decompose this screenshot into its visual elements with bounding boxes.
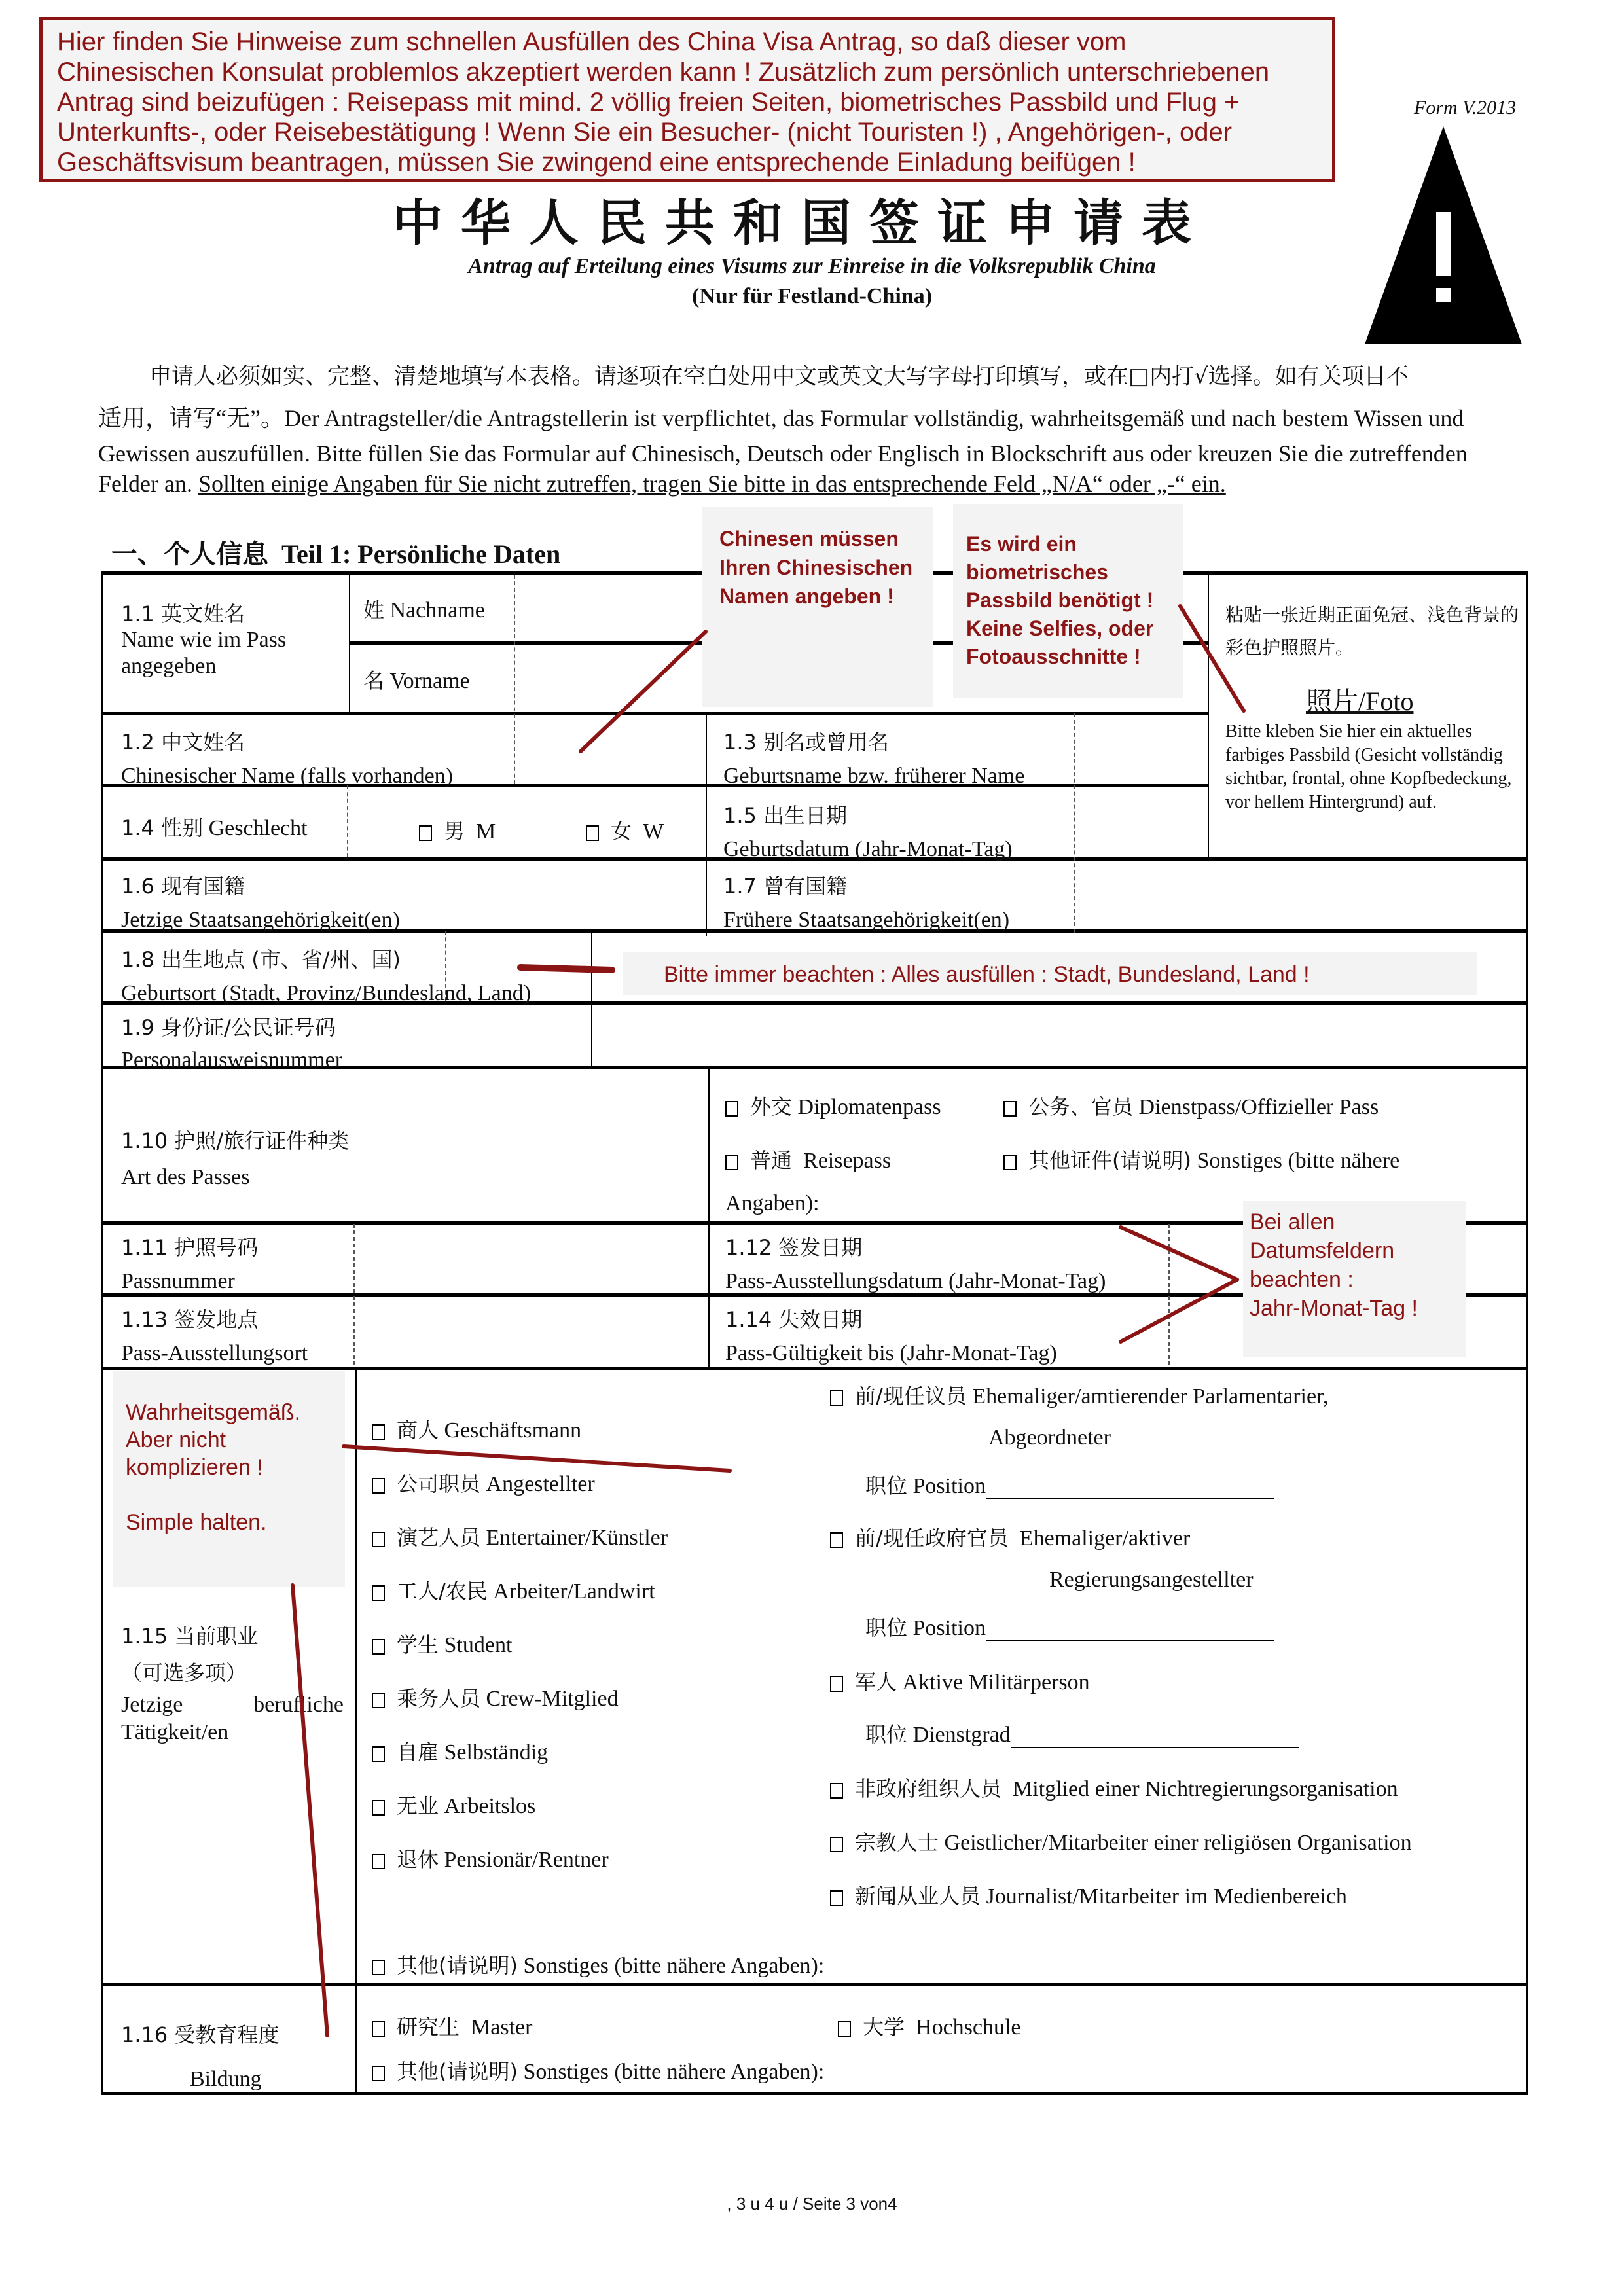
field-1-6-cn: 1.6 现有国籍 (121, 869, 400, 903)
position-line[interactable] (986, 1622, 1274, 1641)
intro-line-3: Felder an. Sollten einige Angaben für Si… (98, 466, 1226, 501)
option-de: Geschäftsmann (439, 1418, 581, 1443)
option-de: Selbständig (439, 1740, 548, 1765)
gender-male-option[interactable]: 男 M (419, 815, 496, 845)
field-1-15-label: 1.15 当前职业 （可选多项） Jetzige berufliche Täti… (121, 1618, 344, 1746)
occupation-option[interactable]: 公司职员 Angestellter (372, 1467, 595, 1498)
note-spacer (126, 1481, 332, 1509)
field-1-15-cn: 1.15 当前职业 (121, 1618, 344, 1655)
option-de: Dienstpass/Offizieller Pass (1139, 1095, 1379, 1119)
occupation-option[interactable]: 演艺人员 Entertainer/Künstler (372, 1521, 668, 1551)
note-line: biometrisches (966, 558, 1170, 586)
field-1-14-de: Pass-Gültigkeit bis (Jahr-Monat-Tag) (725, 1336, 1057, 1371)
field-1-4-de: Geschlecht (209, 816, 308, 840)
note-line: beachten : (1250, 1265, 1459, 1294)
field-1-9-label: 1.9 身份证/公民证号码 Personalausweisnummer (121, 1011, 342, 1077)
gender-female-option[interactable]: 女 W (586, 815, 664, 845)
occupation-option[interactable]: 退休 Pensionär/Rentner (372, 1843, 609, 1873)
field-1-13-de: Pass-Ausstellungsort (121, 1336, 308, 1371)
field-1-12-de: Pass-Ausstellungsdatum (Jahr-Monat-Tag) (725, 1265, 1106, 1299)
field-1-4-label: 1.4 性别 Geschlecht (121, 815, 308, 842)
checkbox-icon[interactable] (372, 1585, 385, 1601)
occupation-option-military[interactable]: 军人 Aktive Militärperson (830, 1666, 1090, 1696)
occupation-option[interactable]: 学生 Student (372, 1628, 512, 1659)
page-scope: (Nur für Festland-China) (0, 284, 1624, 309)
note-line: Chinesen müssen (719, 524, 916, 553)
checkbox-icon[interactable] (830, 1783, 843, 1799)
section-heading: 一、个人信息 Teil 1: Persönliche Daten (111, 533, 560, 571)
former-nationality-field[interactable] (1077, 861, 1525, 927)
occupation-option[interactable]: 自雇 Selbständig (372, 1736, 548, 1766)
checkbox-icon[interactable] (372, 2021, 385, 2037)
field-1-10-de: Art des Passes (121, 1159, 349, 1196)
option-cn: 其他(请说明) (397, 2059, 518, 2084)
option-cn: 自雇 (397, 1740, 439, 1765)
note-line: Ihren Chinesischen (719, 553, 916, 582)
note-line: Fotoausschnitte ! (966, 643, 1170, 671)
field-1-10-cn: 1.10 护照/旅行证件种类 (121, 1122, 349, 1159)
given-name-label: 名 Vorname (363, 668, 470, 694)
field-1-11-label: 1.11 护照号码 Passnummer (121, 1230, 258, 1299)
intro-cn: 申请人必须如实、完整、清楚地填写本表格。请逐项在空白处用中文或英文大写字母打印填… (149, 359, 1409, 394)
checkbox-icon[interactable] (838, 2021, 851, 2037)
field-1-8-de: Geburtsort (Stadt, Provinz/Bundesland, L… (121, 977, 531, 1011)
field-1-3-cn: 1.3 别名或曾用名 (723, 725, 1024, 759)
position-field[interactable]: 职位 Position (865, 1469, 1274, 1499)
option-de: Arbeiter/Landwirt (488, 1579, 655, 1604)
position-line[interactable] (986, 1480, 1274, 1499)
field-1-5-cn: 1.5 出生日期 (723, 798, 1013, 833)
option-de: Angestellter (480, 1472, 595, 1496)
checkbox-icon[interactable] (830, 1390, 843, 1406)
option-cn: 演艺人员 (397, 1525, 480, 1550)
checkbox-icon[interactable] (725, 1101, 738, 1117)
option-de: Reisepass (803, 1149, 891, 1173)
note-line: Bei allen (1250, 1208, 1459, 1236)
intro-line-3-underlined: Sollten einige Angaben für Sie nicht zut… (198, 471, 1226, 497)
field-1-3-de: Geburtsname bzw. früherer Name (723, 759, 1024, 793)
top-hint-line: Geschäftsvisum beantragen, müssen Sie zw… (57, 147, 1318, 177)
field-1-13-label: 1.13 签发地点 Pass-Ausstellungsort (121, 1302, 308, 1371)
checkbox-icon[interactable] (1003, 1101, 1017, 1117)
option-cn: 公务、官员 (1028, 1094, 1133, 1119)
passport-type-ordinary[interactable]: 普通 Reisepass (725, 1144, 891, 1174)
top-hint-line: Antrag sind beizufügen : Reisepass mit m… (57, 87, 1318, 117)
passport-type-other-continuation: Angaben): (725, 1191, 820, 1216)
field-1-6-de: Jetzige Staatsangehörigkeit(en) (121, 903, 400, 937)
note-line: komplizieren ! (126, 1454, 332, 1481)
field-1-16-label: 1.16 受教育程度 Bildung (121, 2013, 279, 2102)
occupation-option[interactable]: 商人 Geschäftsmann (372, 1414, 581, 1444)
chinese-name-field[interactable] (517, 716, 704, 781)
note-line: Simple halten. (126, 1509, 332, 1536)
option-cn: 研究生 (397, 2015, 460, 2039)
option-de: Sonstiges (bitte nähere (1197, 1149, 1399, 1173)
option-de: Sonstiges (bitte nähere Angaben): (523, 1954, 824, 1978)
field-1-14-label: 1.14 失效日期 Pass-Gültigkeit bis (Jahr-Mona… (725, 1302, 1057, 1371)
field-1-1-cn: 1.1 英文姓名 (121, 601, 331, 627)
option-de: Entertainer/Künstler (480, 1526, 668, 1550)
checkbox-icon[interactable] (372, 1424, 385, 1440)
option-de: Sonstiges (bitte nähere Angaben): (523, 2060, 824, 2084)
current-nationality-field[interactable] (448, 861, 704, 927)
checkbox-icon[interactable] (372, 1478, 385, 1494)
photo-note: Es wird ein biometrisches Passbild benöt… (953, 504, 1183, 698)
field-1-6-label: 1.6 现有国籍 Jetzige Staatsangehörigkeit(en) (121, 869, 400, 937)
note-line: Keine Selfies, oder (966, 615, 1170, 643)
note-line: Es wird ein (966, 530, 1170, 558)
form-version: Form V.2013 (1414, 97, 1516, 119)
field-1-7-de: Frühere Staatsangehörigkeit(en) (723, 903, 1009, 937)
field-1-5-label: 1.5 出生日期 Geburtsdatum (Jahr-Monat-Tag) (723, 798, 1013, 867)
occupation-option-government[interactable]: 前/现任政府官员 Ehemaliger/aktiver (830, 1522, 1190, 1552)
section-title-de: Teil 1: Persönliche Daten (281, 539, 560, 569)
id-number-field[interactable] (596, 1005, 1525, 1064)
gender-female-de: W (643, 819, 664, 844)
education-university[interactable]: 大学 Hochschule (838, 2011, 1021, 2041)
option-cn: 商人 (397, 1418, 439, 1443)
field-1-2-label: 1.2 中文姓名 Chinesischer Name (falls vorhan… (121, 725, 453, 793)
option-de: Arbeitslos (439, 1794, 535, 1818)
position-field[interactable]: 职位 Position (865, 1611, 1274, 1641)
rank-field[interactable]: 职位 Dienstgrad (865, 1718, 1299, 1748)
option-cn: 公司职员 (397, 1471, 480, 1496)
birth-date-field[interactable] (1077, 788, 1204, 855)
field-1-15-de: Jetzige berufliche Tätigkeit/en (121, 1691, 344, 1746)
intro-line-1: 适用，请写“无”。Der Antragsteller/die Antragste… (98, 401, 1538, 436)
occupation-option-parliamentarian[interactable]: 前/现任议员 Ehemaliger/amtierender Parlamenta… (830, 1380, 1329, 1410)
option-de: Master (471, 2015, 532, 2039)
given-de: Vorname (390, 669, 470, 693)
checkbox-icon[interactable] (586, 825, 599, 841)
checkbox-icon[interactable] (725, 1155, 738, 1170)
photo-area[interactable] (1211, 575, 1524, 855)
given-cn: 名 (363, 668, 384, 693)
checkbox-icon[interactable] (372, 1854, 385, 1869)
field-1-2-cn: 1.2 中文姓名 (121, 725, 453, 759)
checkbox-icon[interactable] (372, 1960, 385, 1975)
education-master[interactable]: 研究生 Master (372, 2011, 532, 2041)
option-de: Pensionär/Rentner (439, 1848, 609, 1872)
note-line: Jahr-Monat-Tag ! (1250, 1294, 1459, 1323)
field-1-12-cn: 1.12 签发日期 (725, 1230, 1106, 1265)
field-1-10-label: 1.10 护照/旅行证件种类 Art des Passes (121, 1122, 349, 1196)
option-cn: 其他(请说明) (397, 1953, 518, 1978)
page-footer: , 3 u 4 u / Seite 3 von4 (0, 2194, 1624, 2214)
field-1-15-cn-sub: （可选多项） (121, 1655, 344, 1691)
issue-place-field[interactable] (357, 1297, 704, 1363)
field-1-11-cn: 1.11 护照号码 (121, 1230, 258, 1265)
checkbox-icon[interactable] (372, 1693, 385, 1708)
option-cn: 大学 (863, 2015, 905, 2039)
checkbox-icon[interactable] (372, 1639, 385, 1655)
checkbox-icon[interactable] (830, 1532, 843, 1548)
field-1-16-de: Bildung (121, 2057, 279, 2102)
gender-male-de: M (476, 819, 496, 844)
occupation-option-religious[interactable]: 宗教人士 Geistlicher/Mitarbeiter einer relig… (830, 1826, 1412, 1856)
checkbox-icon[interactable] (830, 1890, 843, 1906)
section-title-cn: 一、个人信息 (111, 539, 268, 569)
occupation-other[interactable]: 其他(请说明) Sonstiges (bitte nähere Angaben)… (372, 1949, 824, 1979)
option-de: Student (439, 1633, 512, 1657)
field-1-7-label: 1.7 曾有国籍 Frühere Staatsangehörigkeit(en) (723, 869, 1009, 937)
gender-female-cn: 女 (611, 819, 632, 844)
warning-triangle-icon (1362, 123, 1525, 346)
occupation-option[interactable]: 乘务人员 Crew-Mitglied (372, 1682, 619, 1712)
field-1-14-cn: 1.14 失效日期 (725, 1302, 1057, 1336)
surname-cn: 姓 (363, 598, 384, 622)
former-name-field[interactable] (1077, 716, 1204, 781)
occupation-note: Wahrheitsgemäß. Aber nicht komplizieren … (113, 1371, 345, 1587)
occupation-option[interactable]: 工人/农民 Arbeiter/Landwirt (372, 1575, 655, 1605)
top-hint-line: Hier finden Sie Hinweise zum schnellen A… (57, 27, 1318, 57)
gender-male-cn: 男 (444, 819, 465, 844)
page-title: 中华人民共和国签证申请表 (393, 183, 1210, 255)
option-cn: 无业 (397, 1793, 439, 1818)
option-continuation: Abgeordneter (988, 1426, 1111, 1450)
option-cn: 学生 (397, 1632, 439, 1657)
field-1-11-de: Passnummer (121, 1265, 258, 1299)
rank-line[interactable] (1011, 1729, 1299, 1748)
passport-type-service[interactable]: 公务、官员 Dienstpass/Offizieller Pass (1003, 1090, 1379, 1121)
checkbox-icon[interactable] (372, 1532, 385, 1547)
note-line: Wahrheitsgemäß. (126, 1399, 332, 1426)
checkbox-icon[interactable] (372, 1746, 385, 1762)
passport-number-field[interactable] (357, 1225, 704, 1291)
field-1-2-de: Chinesischer Name (falls vorhanden) (121, 759, 453, 793)
chinese-name-note: Chinesen müssen Ihren Chinesischen Namen… (702, 507, 933, 707)
date-format-note: Bei allen Datumsfeldern beachten : Jahr-… (1243, 1201, 1466, 1357)
field-1-4-cn: 1.4 性别 (121, 816, 203, 840)
top-hint-note: Hier finden Sie Hinweise zum schnellen A… (39, 17, 1335, 182)
option-de: Diplomatenpass (798, 1095, 941, 1119)
field-1-13-cn: 1.13 签发地点 (121, 1302, 308, 1336)
note-line: Passbild benötigt ! (966, 586, 1170, 615)
option-cn: 外交 (750, 1094, 792, 1119)
checkbox-icon[interactable] (1003, 1155, 1017, 1170)
occupation-option-journalist[interactable]: 新闻从业人员 Journalist/Mitarbeiter im Medienb… (830, 1880, 1347, 1910)
field-1-9-cn: 1.9 身份证/公民证号码 (121, 1011, 342, 1044)
option-de: Crew-Mitglied (480, 1687, 619, 1711)
top-hint-line: Chinesischen Konsulat problemlos akzepti… (57, 57, 1318, 87)
page-subtitle: Antrag auf Erteilung eines Visums zur Ei… (0, 254, 1624, 279)
field-1-5-de: Geburtsdatum (Jahr-Monat-Tag) (723, 833, 1013, 867)
note-line: Namen angeben ! (719, 582, 916, 611)
top-hint-line: Unterkunfts-, oder Reisebestätigung ! We… (57, 117, 1318, 147)
passport-type-other[interactable]: 其他证件(请说明) Sonstiges (bitte nähere (1003, 1144, 1399, 1174)
occupation-option-ngo[interactable]: 非政府组织人员 Mitglied einer Nichtregierungsor… (830, 1772, 1398, 1803)
option-cn: 其他证件(请说明) (1028, 1148, 1191, 1173)
field-1-12-label: 1.12 签发日期 Pass-Ausstellungsdatum (Jahr-M… (725, 1230, 1106, 1299)
field-1-7-cn: 1.7 曾有国籍 (723, 869, 1009, 903)
note-line: Aber nicht (126, 1426, 332, 1454)
checkbox-icon[interactable] (830, 1676, 843, 1692)
field-1-3-label: 1.3 别名或曾用名 Geburtsname bzw. früherer Nam… (723, 725, 1024, 793)
checkbox-icon[interactable] (419, 825, 432, 841)
checkbox-icon[interactable] (830, 1837, 843, 1852)
option-cn: 普通 (750, 1148, 792, 1173)
note-line: Datumsfeldern (1250, 1236, 1459, 1265)
option-cn: 工人/农民 (397, 1579, 488, 1604)
option-continuation: Regierungsangestellter (1049, 1568, 1254, 1592)
option-de: Hochschule (916, 2015, 1021, 2039)
intro-line-3-plain: Felder an. (98, 471, 198, 497)
field-1-16-cn: 1.16 受教育程度 (121, 2013, 279, 2057)
surname-de: Nachname (390, 598, 485, 622)
education-other[interactable]: 其他(请说明) Sonstiges (bitte nähere Angaben)… (372, 2055, 824, 2085)
passport-type-diplomatic[interactable]: 外交 Diplomatenpass (725, 1090, 941, 1121)
field-1-8-label: 1.8 出生地点 (市、省/州、国) Geburtsort (Stadt, Pr… (121, 942, 531, 1011)
field-1-1-de: Name wie im Pass angegeben (121, 627, 331, 679)
field-1-1-label: 1.1 英文姓名 Name wie im Pass angegeben (121, 601, 331, 679)
surname-label: 姓 Nachname (363, 597, 485, 624)
field-1-9-de: Personalausweisnummer (121, 1044, 342, 1077)
option-cn: 退休 (397, 1847, 439, 1872)
birthplace-note: Bitte immer beachten : Alles ausfüllen :… (623, 952, 1477, 995)
field-1-8-cn: 1.8 出生地点 (市、省/州、国) (121, 942, 531, 977)
checkbox-icon[interactable] (372, 1800, 385, 1816)
checkbox-icon[interactable] (372, 2066, 385, 2081)
option-cn: 乘务人员 (397, 1686, 480, 1711)
occupation-option[interactable]: 无业 Arbeitslos (372, 1789, 535, 1820)
